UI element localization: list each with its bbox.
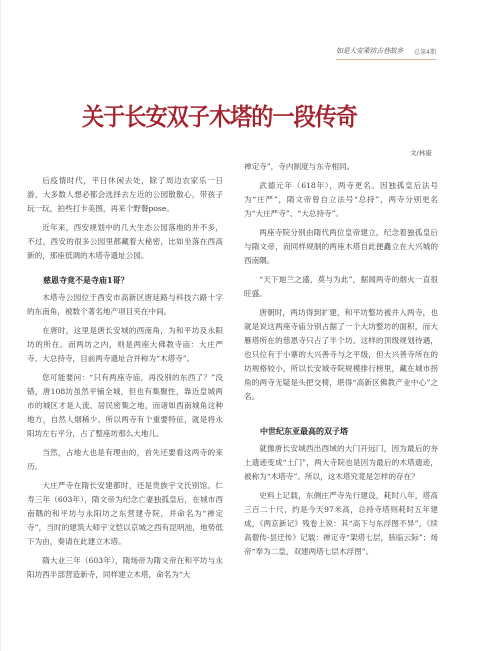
paragraph: 两座寺院分别由隋代两位皇帝建立，纪念着独孤皇后与隋文帝，而同样规制的两座木塔自此… xyxy=(244,226,438,268)
page-edge xyxy=(0,0,1,651)
paragraph: 武德元年（618年），两寺更名。因独孤皇后法号为“庄严”，隋文帝曾自立法号“总持… xyxy=(244,179,438,221)
paragraph: 当然，占地大也是有理由的，首先还要看这两寺的来历。 xyxy=(27,446,223,474)
paragraph: 木塔寺公园位于西安市高新区唐延路与科技六路十字的东南角，被数个著名地产项目夹在中… xyxy=(27,291,223,319)
section-heading: 中世纪东亚最高的双子塔 xyxy=(244,424,438,438)
paragraph: “天下迦兰之盛，莫与为此”，据闻两寺的烟火一直很旺盛。 xyxy=(244,273,438,301)
paragraph: 唐朝时，两坊得到扩建，和平坊整坊被并入两寺，也就是说这两座寺庙分别占据了一个大坊… xyxy=(244,306,438,404)
paragraph: 隋大业三年（603年），隋炀帝为隋文帝在和平坊与永阳坊西半部营造新寺，同样建立木… xyxy=(27,554,223,582)
left-column: 后疫情时代，平日休闲去处，除了周边农家乐一日游，大多数人想必都会选择去左近的公园… xyxy=(27,174,223,587)
paragraph: 您可能要问：“只有两座寺庙，再没别的东西了？”没错，唐108坊虽然平铺全城，但也… xyxy=(27,371,223,441)
section-heading: 慈恩寺竟不是寺庙1哥？ xyxy=(27,273,223,287)
article-title: 关于长安双子木塔的一段传奇 xyxy=(82,97,376,132)
paragraph: 近年来，西安规划中的几大生态公园落地的并不多，不过，西安的很多公园里都藏着大秘密… xyxy=(27,221,223,263)
journal-name: 如是大安莱坊古巷故乡 xyxy=(336,46,403,56)
issue-number: 总第4期 xyxy=(414,47,436,56)
running-header: 如是大安莱坊古巷故乡 总第4期 xyxy=(336,44,436,58)
byline: 文/林康 xyxy=(410,148,432,157)
paragraph: 后疫情时代，平日休闲去处，除了周边农家乐一日游，大多数人想必都会选择去左近的公园… xyxy=(27,174,223,216)
header-rule xyxy=(336,59,436,60)
paragraph: 就像唐长安城西出西域的大门开远门，因为最后的夯土遗迹变成“土门”，两大寺院也是因… xyxy=(244,442,438,484)
right-column: 禅定寺”，寺内制度与东寺相同。 武德元年（618年），两寺更名。因独孤皇后法号为… xyxy=(244,160,438,564)
paragraph: 禅定寺”，寺内制度与东寺相同。 xyxy=(244,160,438,174)
paragraph: 大庄严寺在隋长安建都时，还是贵族宇文氏别馆。仁寿三年（603年），隋文帝为纪念亡… xyxy=(27,479,223,549)
paragraph: 在唐时，这里是唐长安城的西南角，为和平坊及永阳坊的所在。而两坊之内，则是两座大佛… xyxy=(27,324,223,366)
paragraph: 史料上记载，东侧庄严寺先行建设，耗时八年，塔高三百二十尺，约是今天97米高，总持… xyxy=(244,489,438,559)
